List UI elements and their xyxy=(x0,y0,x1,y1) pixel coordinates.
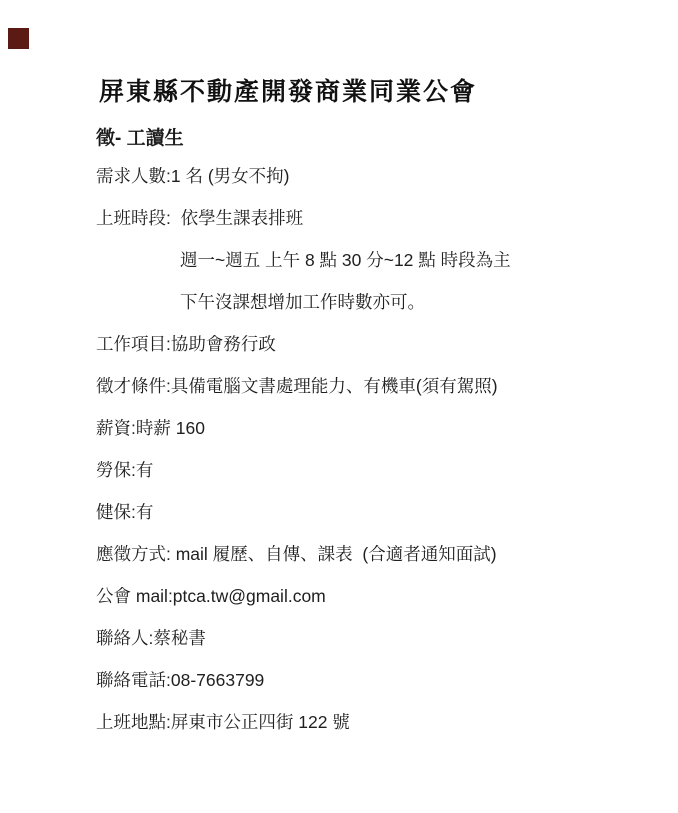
line-health-insurance: 健保:有 xyxy=(96,491,656,533)
red-square-marker xyxy=(8,28,29,49)
line-application-method: 應徵方式: mail 履歷、自傳、課表 (合適者通知面試) xyxy=(96,533,656,575)
line-work-hours: 上班時段: 依學生課表排班 xyxy=(96,197,656,239)
line-demand-count: 需求人數:1 名 (男女不拘) xyxy=(96,155,656,197)
job-details: 需求人數:1 名 (男女不拘) 上班時段: 依學生課表排班 週一~週五 上午 8… xyxy=(96,155,656,743)
page-title: 屏東縣不動產開發商業同業公會 xyxy=(99,72,477,108)
line-association-email: 公會 mail:ptca.tw@gmail.com xyxy=(96,575,656,617)
line-labor-insurance: 勞保:有 xyxy=(96,449,656,491)
line-contact-phone: 聯絡電話:08-7663799 xyxy=(96,659,656,701)
line-contact-person: 聯絡人:蔡秘書 xyxy=(96,617,656,659)
document-page: 屏東縣不動產開發商業同業公會 徵- 工讀生 需求人數:1 名 (男女不拘) 上班… xyxy=(0,0,678,813)
line-work-location: 上班地點:屏東市公正四街 122 號 xyxy=(96,701,656,743)
line-schedule-note: 下午沒課想增加工作時數亦可。 xyxy=(96,281,656,323)
line-job-duties: 工作項目:協助會務行政 xyxy=(96,323,656,365)
line-schedule-detail: 週一~週五 上午 8 點 30 分~12 點 時段為主 xyxy=(96,239,656,281)
line-requirements: 徵才條件:具備電腦文書處理能力、有機車(須有駕照) xyxy=(96,365,656,407)
line-salary: 薪資:時薪 160 xyxy=(96,407,656,449)
job-heading: 徵- 工讀生 xyxy=(96,123,184,150)
